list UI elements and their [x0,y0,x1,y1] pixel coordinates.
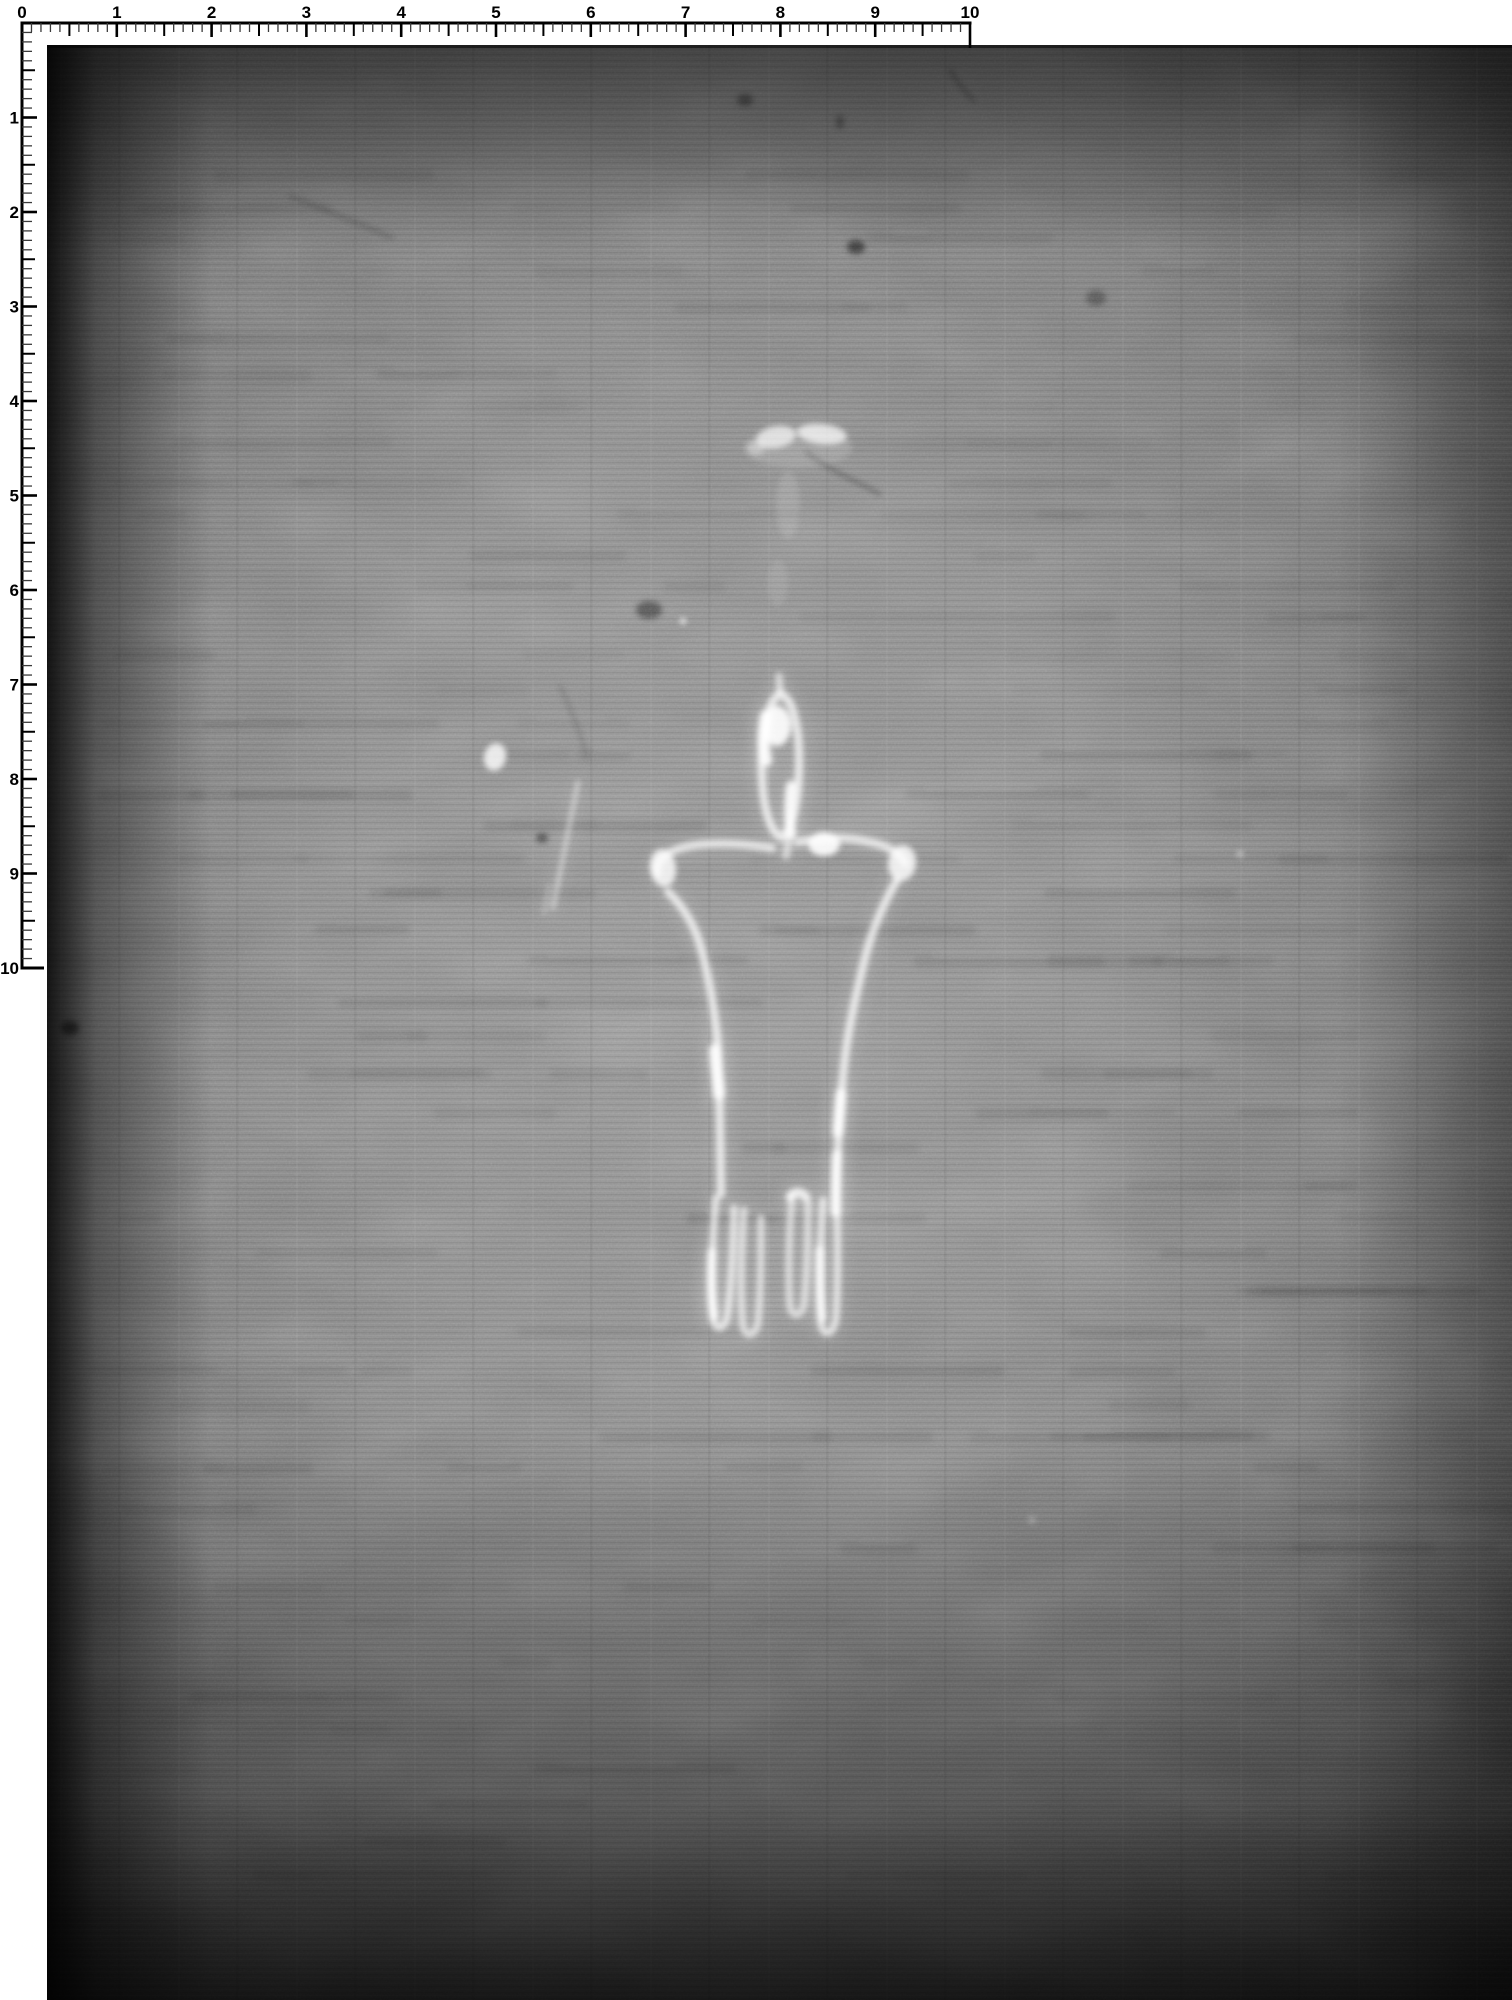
top-ruler-label: 5 [491,3,500,22]
left-ruler-label: 6 [10,581,19,600]
top-ruler-label: 9 [870,3,879,22]
top-ruler-label: 4 [396,3,406,22]
left-ruler-label: 1 [10,109,19,128]
left-ruler-label: 4 [10,392,20,411]
measurement-ruler: 01234567891012345678910 [0,0,1512,2000]
top-ruler-label: 10 [961,3,980,22]
top-ruler-label: 7 [681,3,690,22]
left-ruler-label: 9 [10,865,19,884]
top-ruler-label: 8 [776,3,785,22]
left-ruler-label: 7 [10,676,19,695]
top-ruler-label: 3 [302,3,311,22]
top-ruler-label: 1 [112,3,121,22]
top-ruler-label: 0 [17,3,26,22]
top-ruler-label: 6 [586,3,595,22]
left-ruler-label: 5 [10,487,19,506]
left-ruler-label: 10 [0,959,19,978]
watermark-scan-viewer: 01234567891012345678910 [0,0,1512,2000]
left-ruler-label: 3 [10,298,19,317]
left-ruler-label: 8 [10,770,19,789]
top-ruler-label: 2 [207,3,216,22]
left-ruler-label: 2 [10,203,19,222]
